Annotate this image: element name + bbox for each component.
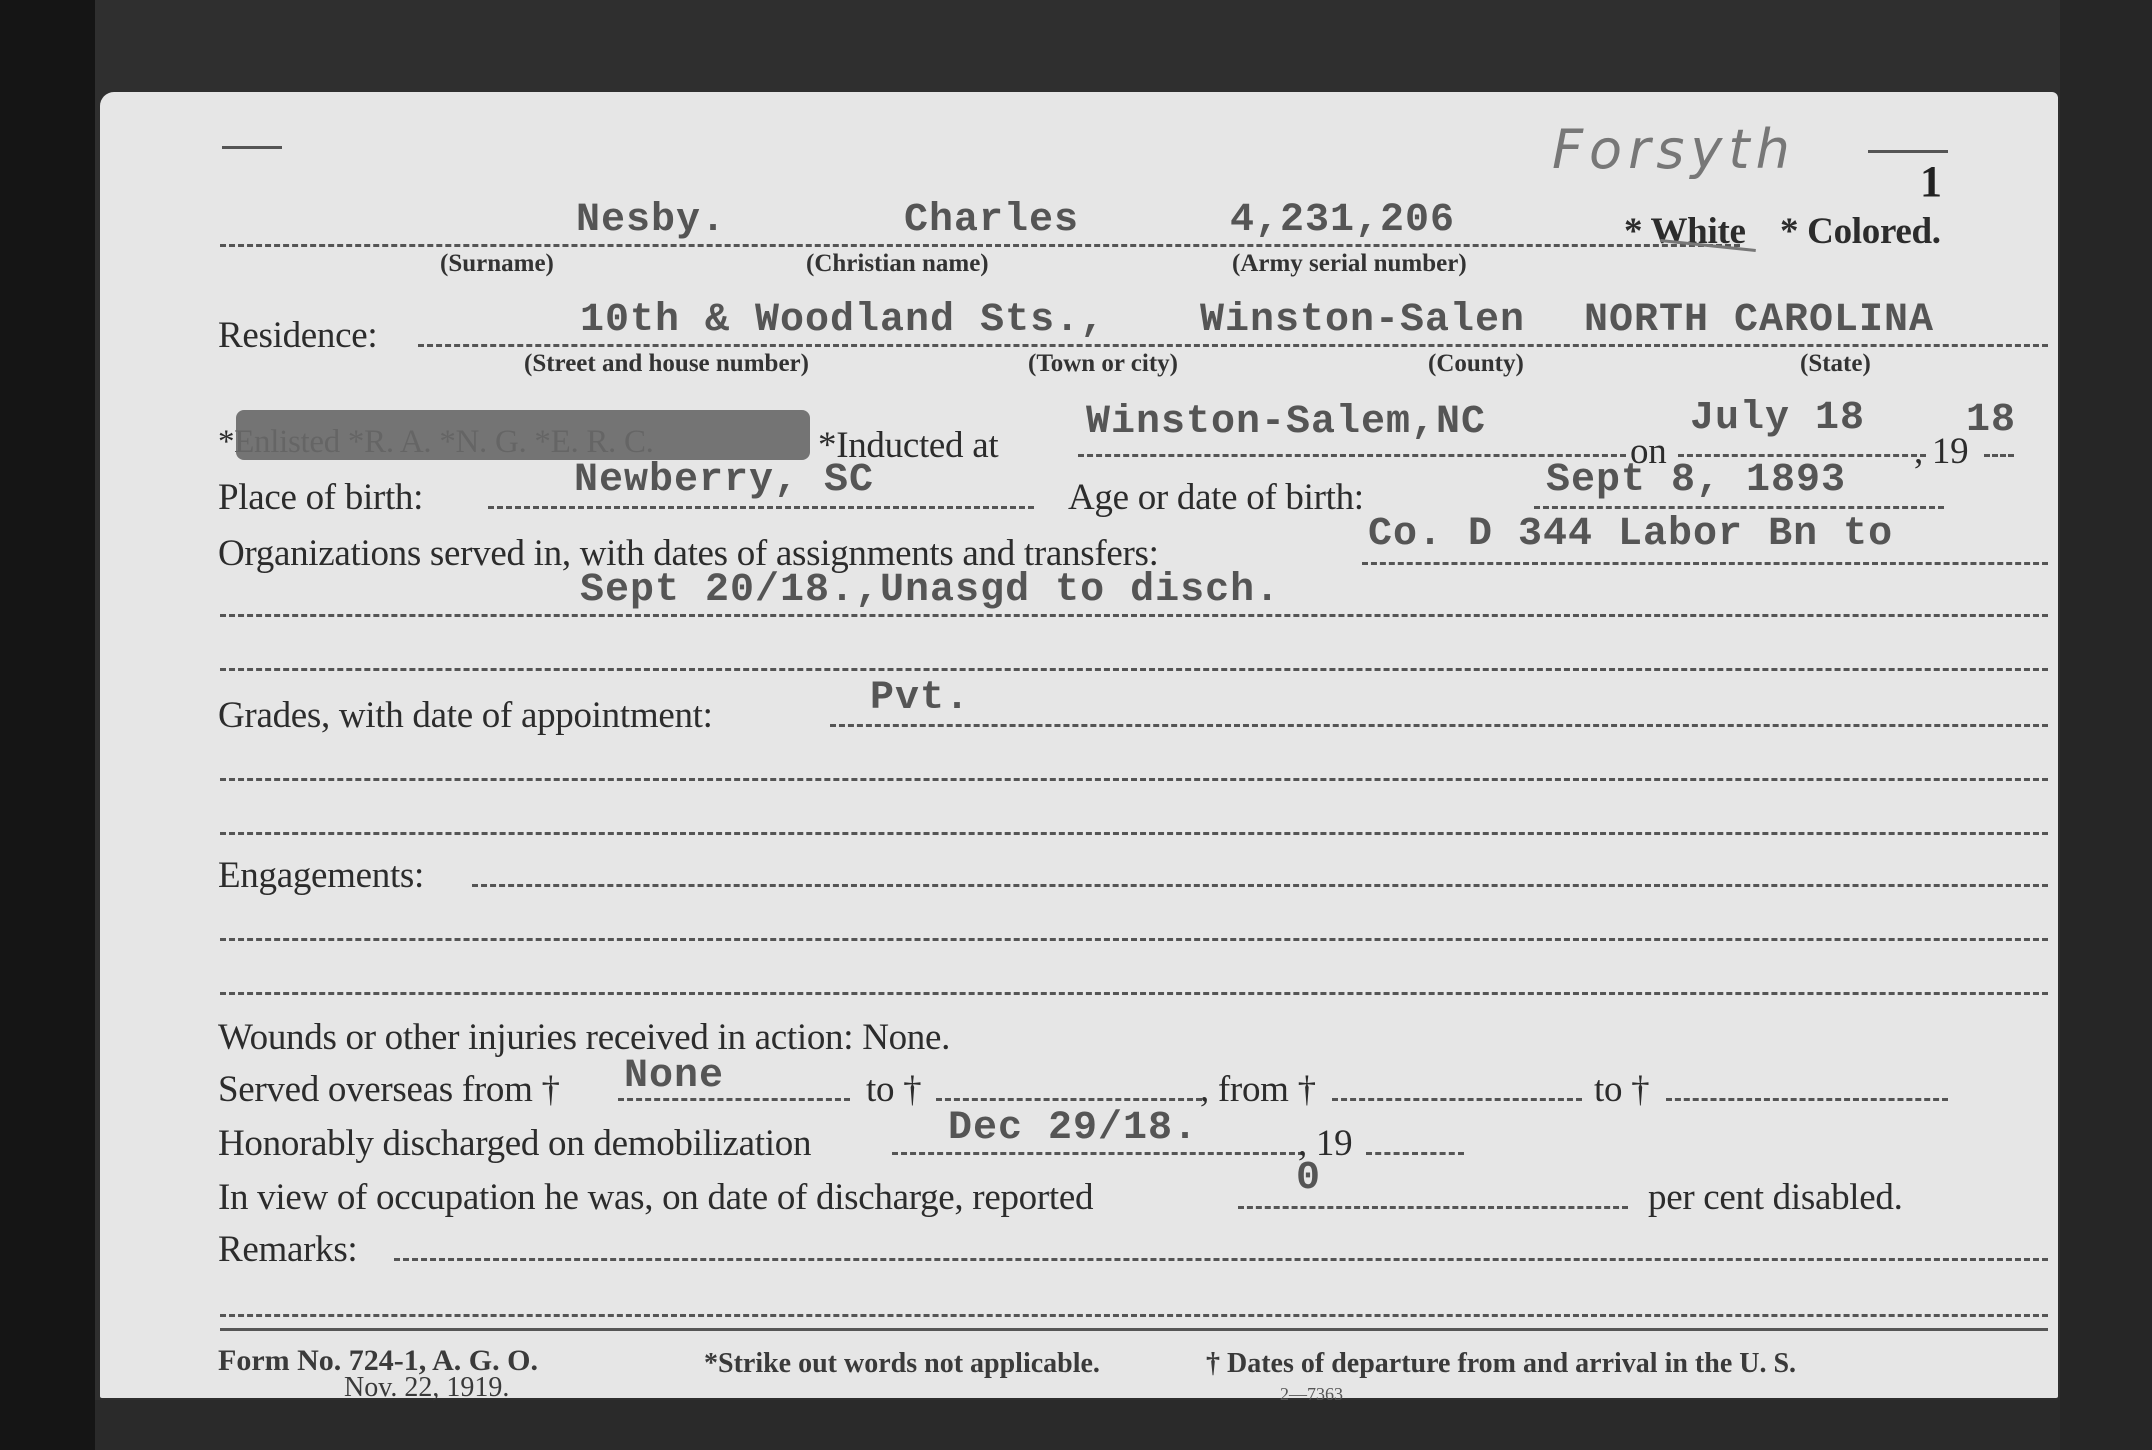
surname-value: Nesby. [576,198,726,243]
remarks-line-2 [220,1314,2048,1317]
grades-value: Pvt. [870,676,970,721]
christian-name-value: Charles [904,198,1079,243]
form-date: Nov. 22, 1919. [344,1372,509,1404]
footer-rule [220,1328,2048,1331]
residence-town-value: Winston-Salen [1200,298,1525,343]
residence-state-value: NORTH CAROLINA [1584,298,1934,343]
engagements-line-1 [472,884,2048,887]
disability-line [1238,1206,1628,1209]
overseas-from-value: None [624,1054,724,1099]
top-left-rule [222,146,282,149]
card-number: 1 [1920,156,1942,207]
date-of-birth-line [1534,506,1944,509]
handwritten-county: Forsyth [1552,118,1796,181]
engagements-label: Engagements: [218,854,424,897]
place-of-birth-label: Place of birth: [218,476,423,519]
organizations-line-1 [1362,562,2048,565]
organizations-line-3 [220,668,2048,671]
remarks-line-1 [394,1258,2048,1261]
disability-label: In view of occupation he was, on date of… [218,1176,1093,1219]
scan-background-bottom [95,1400,2060,1450]
grades-line-3 [220,832,2048,835]
disability-suffix: per cent disabled. [1648,1176,1903,1219]
town-label: (Town or city) [1028,350,1178,378]
year-line [1984,454,2014,457]
discharge-line [892,1152,1304,1155]
overseas-to-line [936,1098,1202,1101]
date-of-birth-value: Sept 8, 1893 [1546,458,1846,503]
name-line [220,244,1740,247]
serial-number-label: (Army serial number) [1232,250,1467,278]
grades-label: Grades, with date of appointment: [218,694,713,737]
scan-background-left [0,0,95,1450]
date-line [1678,454,1926,457]
overseas-to2-line [1666,1098,1948,1101]
engagements-line-2 [220,938,2048,941]
service-record-card: Forsyth 1 Nesby. (Surname) Charles (Chri… [100,92,2058,1398]
enlistment-redaction [236,410,810,460]
engagements-line-3 [220,992,2048,995]
residence-street-value: 10th & Woodland Sts., [580,298,1105,343]
grades-line-1 [830,724,2048,727]
residence-line [418,344,2048,347]
discharge-label: Honorably discharged on demobilization [218,1122,811,1165]
discharge-date-value: Dec 29/18. [948,1106,1198,1151]
scan-background-right [2060,0,2152,1450]
grades-line-2 [220,778,2048,781]
dates-note: † Dates of departure from and arrival in… [1206,1348,1796,1380]
overseas-to2-label: to † [1594,1068,1649,1111]
residence-label: Residence: [218,314,377,357]
organizations-value-1: Co. D 344 Labor Bn to [1368,512,1893,557]
card-number-rule [1868,150,1948,153]
strike-out-note: *Strike out words not applicable. [704,1348,1100,1380]
served-overseas-label: Served overseas from † [218,1068,560,1111]
overseas-from2-label: , from † [1200,1068,1316,1111]
disability-percent-value: 0 [1296,1156,1321,1201]
date-of-birth-label: Age or date of birth: [1068,476,1364,519]
surname-label: (Surname) [440,250,554,278]
place-of-birth-value: Newberry, SC [574,458,874,503]
serial-number-value: 4,231,206 [1230,198,1455,243]
overseas-from2-line [1332,1098,1582,1101]
inducted-line [1078,454,1626,457]
year-prefix: , 19 [1914,430,1968,473]
inducted-place-value: Winston-Salem,NC [1086,400,1486,445]
print-code: 2—7363 [1280,1384,1343,1405]
place-of-birth-line [488,506,1034,509]
discharge-year-line [1366,1152,1464,1155]
state-label: (State) [1800,350,1871,378]
county-label: (County) [1428,350,1524,378]
induction-date-value: July 18 [1690,396,1865,441]
christian-name-label: (Christian name) [806,250,989,278]
race-colored-option: * Colored. [1780,210,1941,253]
induction-year-value: 18 [1966,398,2016,443]
overseas-to-label: to † [866,1068,921,1111]
remarks-label: Remarks: [218,1228,357,1271]
organizations-line-2 [220,614,2048,617]
organizations-value-2: Sept 20/18.,Unasgd to disch. [580,568,1280,613]
street-label: (Street and house number) [524,350,809,378]
wounds-label: Wounds or other injuries received in act… [218,1016,950,1059]
